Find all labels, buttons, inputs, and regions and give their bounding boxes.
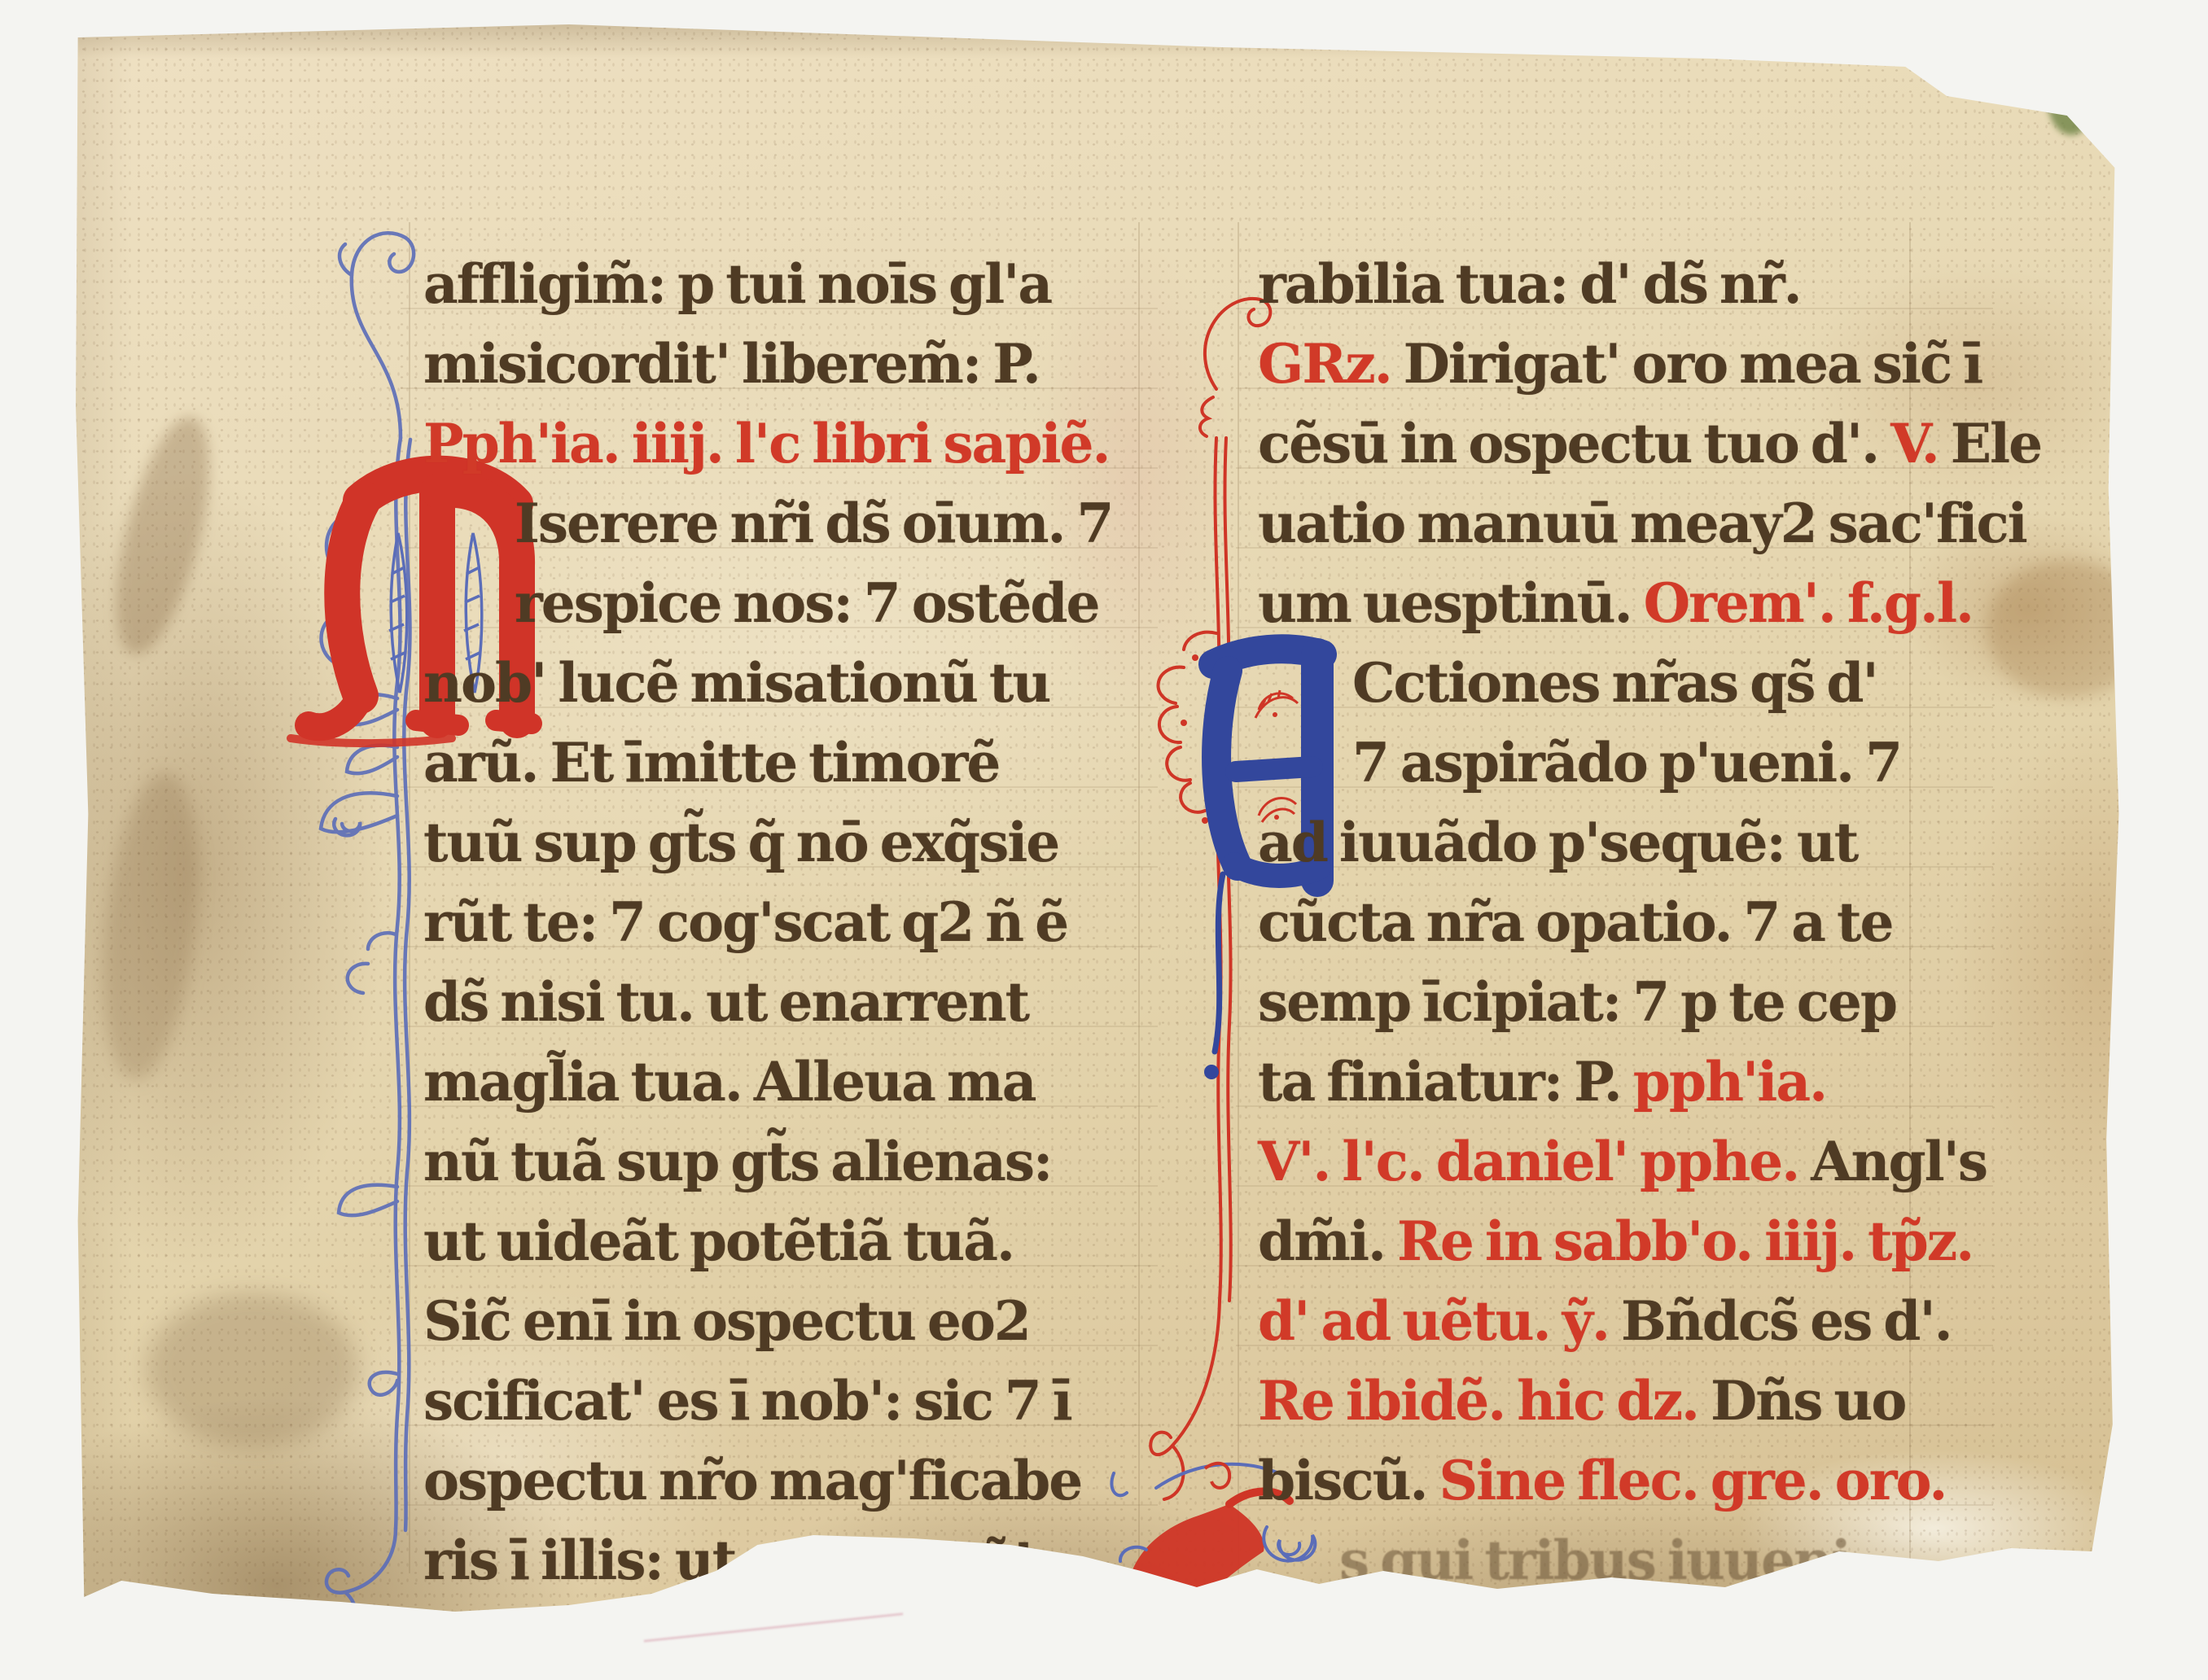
text-line: Iserere nr̃i ds̃ oīum. 7 — [423, 483, 1112, 563]
text-run-ink: ta finiatur: P. — [1258, 1050, 1633, 1113]
text-line: ut uideãt potẽtiã tuã. — [423, 1201, 1014, 1281]
text-line: tuũ sup gt̃s q̃ nō exq̃sie — [423, 803, 1058, 882]
text-run-ink: cũcta nr̃a opatio. 7 a te — [1258, 890, 1893, 954]
text-run-rubric: GRz. — [1258, 332, 1404, 396]
margin-stain — [90, 768, 211, 1084]
text-run-ink: dm̃i. — [1258, 1210, 1397, 1273]
text-run-ink: 7 aspirãdo p'ueni. 7 — [1352, 731, 1901, 794]
text-run-ink: ds̃ nisi tu. ut enarrent — [423, 970, 1028, 1034]
margin-stain — [98, 409, 228, 663]
text-line: biscũ. Sine flec. gre. oro. — [1258, 1441, 1946, 1520]
text-run-ink: Ele — [1951, 412, 2041, 475]
text-run-ink: Sic̃ enī in ospectu eo2 — [423, 1289, 1030, 1353]
text-run-ink: biscũ. — [1258, 1449, 1439, 1512]
text-run-rubric: V'. l'c. daniel' pphe. — [1258, 1130, 1811, 1193]
text-run-rubric: Orem'. f.g.l. — [1644, 571, 1973, 635]
text-run-ink: ad iuuãdo p'sequẽ: ut — [1258, 811, 1857, 874]
text-run-ink: ospectu nr̃o mag'ficabe — [423, 1449, 1081, 1512]
text-line: ad iuuãdo p'sequẽ: ut — [1258, 803, 1857, 882]
text-run-ink: scificat' es ī nob': sic 7 ī — [423, 1369, 1071, 1433]
text-run-ink: Bñdcs̃ es d'. — [1621, 1289, 1952, 1353]
right-edge-stain — [1987, 560, 2149, 698]
text-run-ink: um uesptinū. — [1258, 571, 1644, 635]
ruling-vertical — [409, 222, 410, 1573]
text-run-ink: Angl's — [1811, 1130, 1987, 1193]
text-run-rubric: Re ibidẽ. hic dz. — [1258, 1369, 1711, 1433]
text-line: s qui tribus iuueni — [1258, 1520, 1850, 1600]
text-line: rabilia tua: d' ds̃ nr̃. — [1258, 244, 1801, 324]
scanner-background: affligim̃: p tui noīs gl'amisicordit' li… — [0, 0, 2208, 1680]
text-line: magl̃ia tua. Alleua ma — [423, 1042, 1036, 1122]
text-line: scificat' es ī nob': sic 7 ī — [423, 1361, 1071, 1441]
text-run-ink: Cctiones nr̃as qs̃ d' — [1352, 651, 1877, 715]
ruling-vertical — [1138, 222, 1140, 1573]
text-run-ink: ut uideãt potẽtiã tuã. — [423, 1210, 1014, 1273]
text-line: affligim̃: p tui noīs gl'a — [423, 244, 1051, 324]
text-run-ink: arũ. Et īmitte timorẽ — [423, 731, 999, 794]
text-run-ink: magl̃ia tua. Alleua ma — [423, 1050, 1036, 1113]
text-run-ink: nob' lucẽ misationũ tu — [423, 651, 1049, 715]
text-line: cũcta nr̃a opatio. 7 a te — [1258, 882, 1893, 962]
text-line: Cctiones nr̃as qs̃ d' — [1258, 643, 1877, 723]
text-run-ink: semp īcipiat: 7 p te cep — [1258, 970, 1896, 1034]
text-run-rubric: pph'ia. — [1633, 1050, 1826, 1113]
text-line: 7 aspirãdo p'ueni. 7 — [1258, 723, 1901, 803]
text-line: ds̃ nisi tu. ut enarrent — [423, 962, 1028, 1042]
text-line: cẽsū in ospectu tuo d'. V. Ele — [1258, 404, 2041, 483]
manuscript-leaf: affligim̃: p tui noīs gl'amisicordit' li… — [49, 23, 2121, 1651]
text-line: ospectu nr̃o mag'ficabe — [423, 1441, 1081, 1520]
text-line: V'. l'c. daniel' pphe. Angl's — [1258, 1122, 1987, 1201]
text-line: respice nos: 7 ostẽde — [423, 563, 1099, 643]
text-run-ink: misicordit' liberem̃: P. — [423, 332, 1040, 396]
text-run-rubric: Re in sabb'o. iiij. tp̃z. — [1397, 1210, 1973, 1273]
text-run-ink: respice nos: 7 ostẽde — [515, 571, 1099, 635]
text-line: dm̃i. Re in sabb'o. iiij. tp̃z. — [1258, 1201, 1973, 1281]
text-run-ink: uatio manuū meay2 sac'fici — [1258, 492, 2026, 555]
text-run-ink: nũ tuã sup gt̃s alienas: — [423, 1130, 1051, 1193]
green-stain — [2048, 65, 2095, 135]
text-line: ris ī illis: ut cognoscãt — [423, 1520, 1036, 1600]
text-line: Pph'ia. iiij. l'c libri sapiẽ. — [423, 404, 1109, 483]
scanner-scratch-mark — [644, 1612, 904, 1642]
text-run-ink: Dirigat' oro mea sic̃ ī — [1404, 332, 1982, 396]
text-run-rubric: V. — [1890, 412, 1951, 475]
text-line: arũ. Et īmitte timorẽ — [423, 723, 999, 803]
text-line: misicordit' liberem̃: P. — [423, 324, 1040, 404]
text-line: ta finiatur: P. pph'ia. — [1258, 1042, 1826, 1122]
text-line: Sic̃ enī in ospectu eo2 — [423, 1281, 1030, 1361]
text-line: semp īcipiat: 7 p te cep — [1258, 962, 1896, 1042]
text-run-ink: ris ī illis: ut cognoscãt — [423, 1529, 1036, 1592]
text-line: GRz. Dirigat' oro mea sic̃ ī — [1258, 324, 1982, 404]
text-run-rubric: Pph'ia. iiij. l'c libri sapiẽ. — [423, 412, 1109, 475]
text-run-rubric: Sine flec. gre. oro. — [1439, 1449, 1947, 1512]
text-line: nũ tuã sup gt̃s alienas: — [423, 1122, 1051, 1201]
text-run-ink: s qui tribus iuueni — [1339, 1529, 1850, 1592]
text-line: Re ibidẽ. hic dz. Dñs uo — [1258, 1361, 1905, 1441]
bottom-left-stain — [147, 1293, 358, 1447]
text-run-ink: Dñs uo — [1711, 1369, 1905, 1433]
text-line: uatio manuū meay2 sac'fici — [1258, 483, 2026, 563]
text-run-ink: affligim̃: p tui noīs gl'a — [423, 252, 1051, 316]
text-line: um uesptinū. Orem'. f.g.l. — [1258, 563, 1973, 643]
text-run-ink: rabilia tua: d' ds̃ nr̃. — [1258, 252, 1801, 316]
text-run-ink: cẽsū in ospectu tuo d'. — [1258, 412, 1890, 475]
ruling-vertical — [1238, 222, 1239, 1573]
text-run-ink: Iserere nr̃i ds̃ oīum. 7 — [515, 492, 1112, 555]
text-run-ink: tuũ sup gt̃s q̃ nō exq̃sie — [423, 811, 1058, 874]
text-line: rũt te: 7 cog'scat q2 ñ ẽ — [423, 882, 1067, 962]
text-line: d' ad uẽtu. ỹ. Bñdcs̃ es d'. — [1258, 1281, 1952, 1361]
text-run-ink: rũt te: 7 cog'scat q2 ñ ẽ — [423, 890, 1067, 954]
text-run-rubric: d' ad uẽtu. ỹ. — [1258, 1289, 1621, 1353]
text-line: nob' lucẽ misationũ tu — [423, 643, 1049, 723]
